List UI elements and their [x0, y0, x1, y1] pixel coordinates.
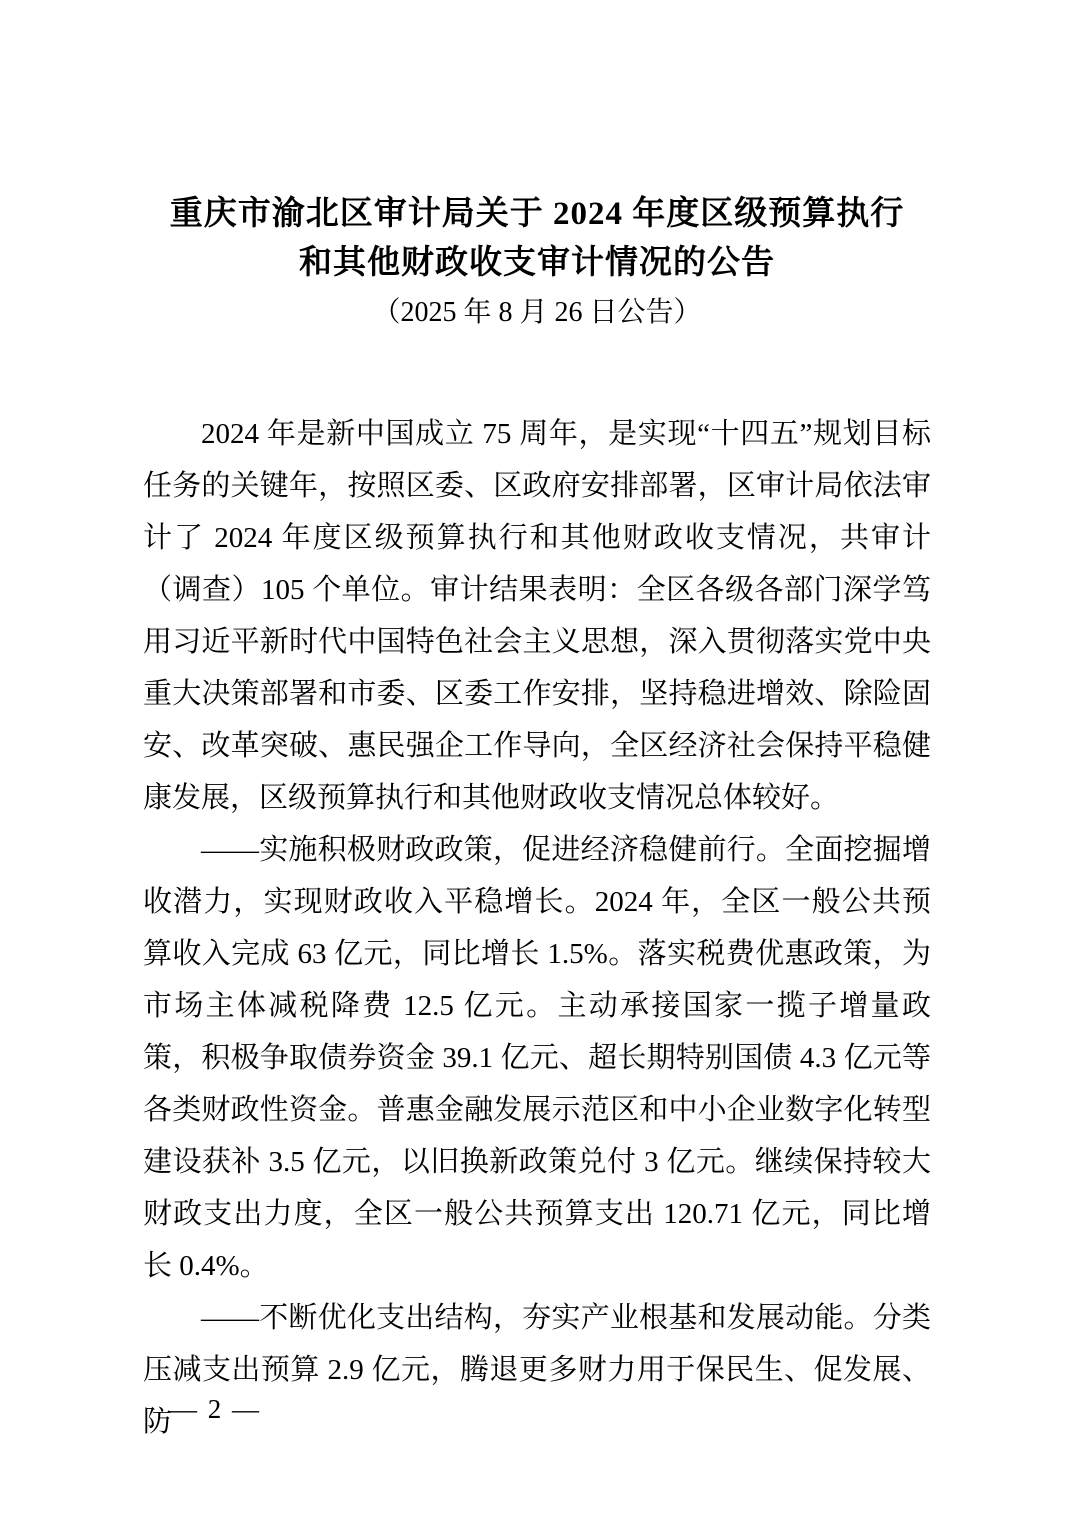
body-paragraph: 2024 年是新中国成立 75 周年，是实现“十四五”规划目标任务的关键年，按照…: [143, 408, 931, 824]
page-number: — 2 —: [170, 1392, 261, 1426]
body-paragraph: ——实施积极财政政策，促进经济稳健前行。全面挖掘增收潜力，实现财政收入平稳增长。…: [143, 824, 931, 1292]
document-page: 重庆市渝北区审计局关于 2024 年度区级预算执行 和其他财政收支审计情况的公告…: [0, 0, 1074, 1520]
title-line-1: 重庆市渝北区审计局关于 2024 年度区级预算执行: [0, 190, 1074, 239]
announcement-date: （2025 年 8 月 26 日公告）: [0, 290, 1074, 336]
document-body: 2024 年是新中国成立 75 周年，是实现“十四五”规划目标任务的关键年，按照…: [143, 408, 931, 1448]
body-paragraph: ——不断优化支出结构，夯实产业根基和发展动能。分类压减支出预算 2.9 亿元，腾…: [143, 1292, 931, 1448]
title-line-2: 和其他财政收支审计情况的公告: [0, 239, 1074, 288]
document-title: 重庆市渝北区审计局关于 2024 年度区级预算执行 和其他财政收支审计情况的公告: [0, 0, 1074, 288]
